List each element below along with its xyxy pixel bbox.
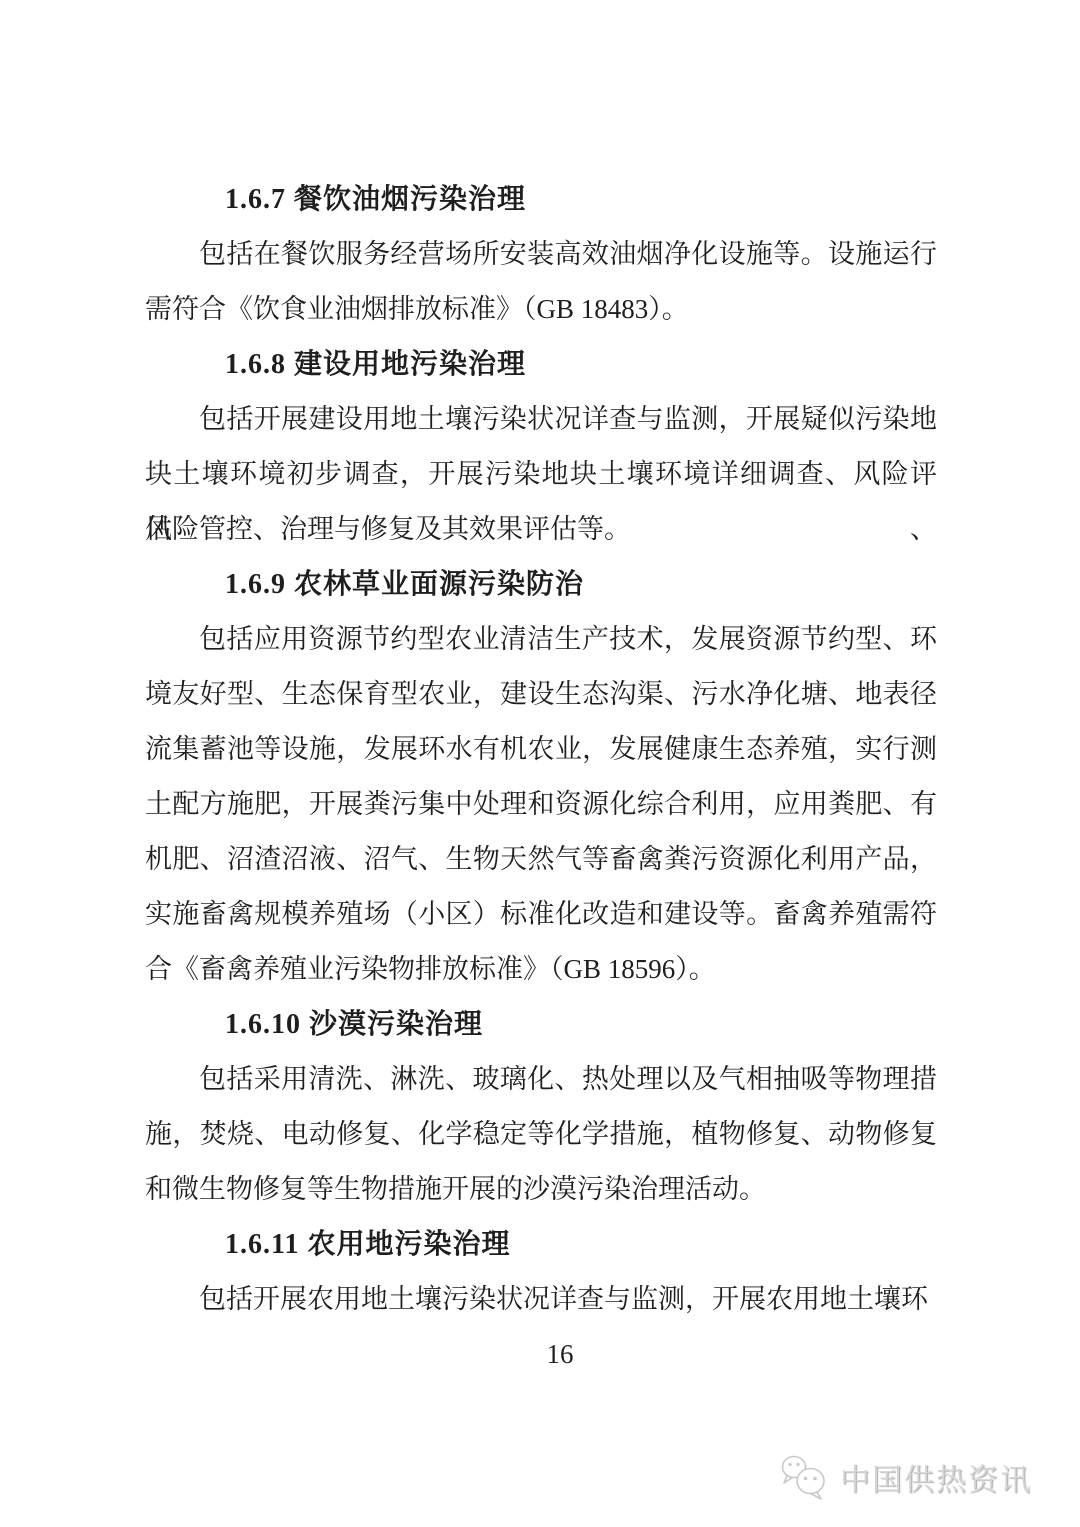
heading-1-6-10: 1.6.10 沙漠污染治理 (145, 997, 937, 1052)
paragraph-line: 包括采用清洗、淋洗、玻璃化、热处理以及气相抽吸等物理措 (145, 1052, 937, 1107)
paragraph-line: 土配方施肥，开展粪污集中处理和资源化综合利用，应用粪肥、有 (145, 777, 937, 832)
paragraph-line: 和微生物修复等生物措施开展的沙漠污染治理活动。 (145, 1162, 937, 1217)
paragraph-line: 包括应用资源节约型农业清洁生产技术，发展资源节约型、环 (145, 612, 937, 667)
paragraph-line: 包括开展农用地土壤污染状况详查与监测，开展农用地土壤环 (145, 1272, 937, 1327)
heading-1-6-11: 1.6.11 农用地污染治理 (145, 1217, 937, 1272)
paragraph-line: 流集蓄池等设施，发展环水有机农业，发展健康生态养殖，实行测 (145, 722, 937, 777)
document-page-body: 1.6.7 餐饮油烟污染治理 包括在餐饮服务经营场所安装高效油烟净化设施等。设施… (145, 172, 937, 1382)
paragraph-line: 施，焚烧、电动修复、化学稳定等化学措施，植物修复、动物修复 (145, 1107, 937, 1162)
paragraph-line: 境友好型、生态保育型农业，建设生态沟渠、污水净化塘、地表径 (145, 667, 937, 722)
paragraph-line: 机肥、沼渣沼液、沼气、生物天然气等畜禽粪污资源化利用产品， (145, 832, 937, 887)
heading-1-6-7: 1.6.7 餐饮油烟污染治理 (145, 172, 937, 227)
page-number: 16 (164, 1327, 956, 1382)
heading-1-6-9: 1.6.9 农林草业面源污染防治 (145, 557, 937, 612)
paragraph-line: 合《畜禽养殖业污染物排放标准》（GB 18596）。 (145, 942, 937, 997)
paragraph-line: 需符合《饮食业油烟排放标准》（GB 18483）。 (145, 282, 937, 337)
heading-1-6-8: 1.6.8 建设用地污染治理 (145, 337, 937, 392)
watermark-footer: 中国供热资讯 (778, 1453, 1032, 1501)
paragraph-line: 实施畜禽规模养殖场（小区）标准化改造和建设等。畜禽养殖需符 (145, 887, 937, 942)
paragraph-line: 包括开展建设用地土壤污染状况详查与监测，开展疑似污染地 (145, 392, 937, 447)
brand-name: 中国供热资讯 (840, 1455, 1032, 1499)
paragraph-line: 块土壤环境初步调查，开展污染地块土壤环境详细调查、风险评估、 (145, 447, 937, 502)
paragraph-line: 包括在餐饮服务经营场所安装高效油烟净化设施等。设施运行 (145, 227, 937, 282)
wechat-speech-bubbles-icon (778, 1453, 830, 1501)
